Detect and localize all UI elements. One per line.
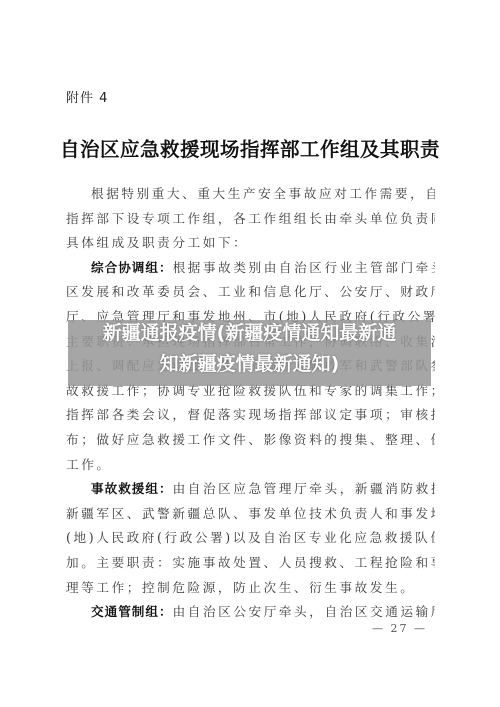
headline-line-1: 新疆通报疫情(新疆疫情通知最新通	[68, 318, 431, 349]
section-heading: 综合协调组：	[91, 260, 173, 275]
paragraph-line: 新疆军区、武警新疆总队、事发单位技术负责人和事发地州、市	[66, 502, 435, 527]
paragraph-line: 指挥部各类会议，督促落实现场指挥部议定事项；审核把关信息发	[66, 403, 435, 428]
headline-overlay-text: 新疆通报疫情(新疆疫情通知最新通 知新疆疫情最新通知)	[68, 318, 431, 380]
paragraph-line: 指挥部下设专项工作组，各工作组组长由牵头单位负责同志担任，	[66, 207, 435, 232]
paragraph-line: 布；做好应急救援工作文件、影像资料的搜集、整理、保管和归档等	[66, 428, 435, 453]
document-title: 自治区应急救援现场指挥部工作组及其职责	[0, 134, 500, 162]
section-heading-line: 事故救援组：由自治区应急管理厅牵头，新疆消防救援总队、	[66, 477, 435, 502]
document-page: 附件 4 自治区应急救援现场指挥部工作组及其职责 根据特别重大、重大生产安全事故…	[0, 0, 500, 707]
paragraph-line: 具体组成及职责分工如下：	[66, 231, 435, 256]
paragraph-line: 加。主要职责：实施事故处置、人员搜救、工程抢险和事故现场清	[66, 551, 435, 576]
paragraph-line: 工作。	[66, 453, 435, 478]
paragraph-line: (地)人民政府(行政公署)以及自治区专业化应急救援队伍等参	[66, 526, 435, 551]
section-heading-line: 综合协调组：根据事故类别由自治区行业主管部门牵头，自治	[66, 256, 435, 281]
section-heading: 交通管制组：	[91, 604, 173, 619]
page-number: — 27 —	[372, 622, 427, 635]
paragraph-line: 理等工作；控制危险源，防止次生、衍生事故发生。	[66, 576, 435, 601]
document-body: 根据特别重大、重大生产安全事故应对工作需要，自治区现场 指挥部下设专项工作组，各…	[66, 182, 435, 625]
attachment-label: 附件 4	[66, 87, 108, 106]
headline-line-2: 知新疆疫情最新通知)	[68, 349, 431, 380]
section-heading-line: 交通管制组：由自治区公安厅牵头，自治区交通运输厅和事发	[66, 600, 435, 625]
section-heading: 事故救援组：	[91, 481, 173, 496]
paragraph-line: 根据特别重大、重大生产安全事故应对工作需要，自治区现场	[66, 182, 435, 207]
paragraph-line: 区发展和改革委员会、工业和信息化厅、公安厅、财政厅、自然资源	[66, 280, 435, 305]
